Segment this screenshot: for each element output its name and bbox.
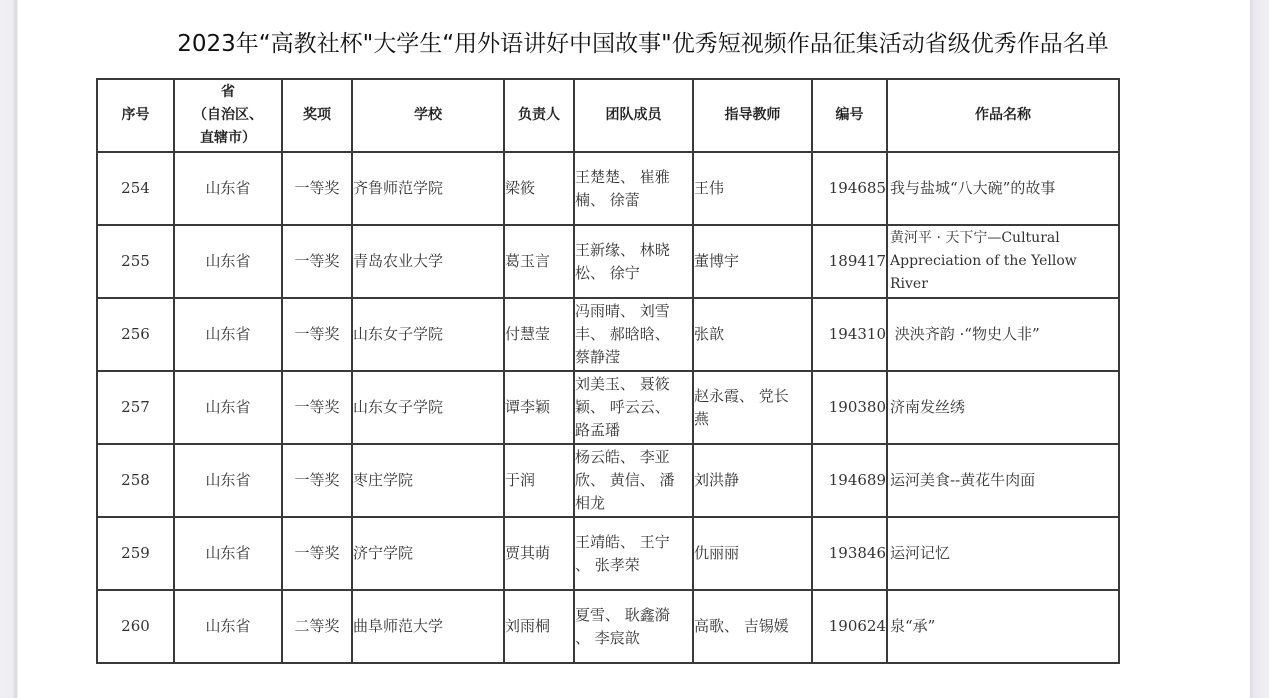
cell-award: 二等奖 bbox=[282, 590, 352, 663]
cell-province: 山东省 bbox=[174, 517, 282, 590]
cell-advisor: 王伟 bbox=[693, 152, 812, 225]
document-page: 2023年“高教社杯"大学生“用外语讲好中国故事"优秀短视频作品征集活动省级优秀… bbox=[18, 0, 1250, 698]
cell-province: 山东省 bbox=[174, 225, 282, 298]
table-row: 260 山东省 二等奖 曲阜师范大学 刘雨桐 夏雪、 耿鑫漪 、 李宸歆 高歌、… bbox=[97, 590, 1119, 663]
cell-leader: 刘雨桐 bbox=[504, 590, 574, 663]
header-leader: 负责人 bbox=[504, 79, 574, 152]
team-line: 刘美玉、 聂筱 bbox=[575, 373, 692, 396]
cell-province: 山东省 bbox=[174, 444, 282, 517]
cell-province: 山东省 bbox=[174, 152, 282, 225]
cell-team: 王靖皓、 王宁 、 张孝荣 bbox=[574, 517, 693, 590]
page-title: 2023年“高教社杯"大学生“用外语讲好中国故事"优秀短视频作品征集活动省级优秀… bbox=[113, 26, 1173, 62]
header-school: 学校 bbox=[352, 79, 504, 152]
team-line: 颖、 呼云云、 bbox=[575, 396, 692, 419]
header-province-line: （自治区、 bbox=[175, 104, 281, 127]
work-title: 黄河平 · 天下宁—Cultural Appreciation of the Y… bbox=[888, 227, 1118, 296]
cell-index: 257 bbox=[97, 371, 174, 444]
advisor-line: 张歆 bbox=[694, 323, 811, 346]
team-line: 欣、 黄信、 潘 bbox=[575, 469, 692, 492]
cell-award: 一等奖 bbox=[282, 517, 352, 590]
work-title: 运河美食--黄花牛肉面 bbox=[888, 469, 1118, 492]
cell-province: 山东省 bbox=[174, 590, 282, 663]
work-title: 泉“承” bbox=[888, 615, 1118, 638]
cell-school: 济宁学院 bbox=[352, 517, 504, 590]
table-row: 255 山东省 一等奖 青岛农业大学 葛玉言 王新缘、 林晓 松、 徐宁 董博宇… bbox=[97, 225, 1119, 298]
cell-leader: 葛玉言 bbox=[504, 225, 574, 298]
table-row: 259 山东省 一等奖 济宁学院 贾其萌 王靖皓、 王宁 、 张孝荣 仇丽丽 1… bbox=[97, 517, 1119, 590]
advisor-line: 王伟 bbox=[694, 177, 811, 200]
cell-advisor: 仇丽丽 bbox=[693, 517, 812, 590]
cell-leader: 付慧莹 bbox=[504, 298, 574, 371]
cell-code: 194310 bbox=[812, 298, 887, 371]
cell-advisor: 赵永霞、 党长 燕 bbox=[693, 371, 812, 444]
cell-work: 运河记忆 bbox=[887, 517, 1119, 590]
cell-school: 青岛农业大学 bbox=[352, 225, 504, 298]
cell-school: 曲阜师范大学 bbox=[352, 590, 504, 663]
cell-award: 一等奖 bbox=[282, 371, 352, 444]
viewer-left-margin bbox=[0, 0, 18, 698]
team-line: 路孟璠 bbox=[575, 419, 692, 442]
team-line: 王楚楚、 崔雅 bbox=[575, 166, 692, 189]
advisor-line: 仇丽丽 bbox=[694, 542, 811, 565]
cell-index: 259 bbox=[97, 517, 174, 590]
cell-award: 一等奖 bbox=[282, 152, 352, 225]
work-title: 济南发丝绣 bbox=[888, 396, 1118, 419]
header-province: 省 （自治区、 直辖市） bbox=[174, 79, 282, 152]
cell-work: 济南发丝绣 bbox=[887, 371, 1119, 444]
team-line: 王靖皓、 王宁 bbox=[575, 531, 692, 554]
team-line: 杨云皓、 李亚 bbox=[575, 446, 692, 469]
team-line: 王新缘、 林晓 bbox=[575, 239, 692, 262]
cell-code: 194689 bbox=[812, 444, 887, 517]
table-header-row: 序号 省 （自治区、 直辖市） 奖项 学校 负责人 团队成员 指导教师 编号 作… bbox=[97, 79, 1119, 152]
cell-work: 泉“承” bbox=[887, 590, 1119, 663]
viewer-right-margin bbox=[1250, 0, 1269, 698]
header-work: 作品名称 bbox=[887, 79, 1119, 152]
cell-work: 运河美食--黄花牛肉面 bbox=[887, 444, 1119, 517]
cell-school: 山东女子学院 bbox=[352, 298, 504, 371]
header-team: 团队成员 bbox=[574, 79, 693, 152]
cell-leader: 谭李颖 bbox=[504, 371, 574, 444]
cell-team: 夏雪、 耿鑫漪 、 李宸歆 bbox=[574, 590, 693, 663]
cell-leader: 于润 bbox=[504, 444, 574, 517]
cell-index: 260 bbox=[97, 590, 174, 663]
cell-award: 一等奖 bbox=[282, 298, 352, 371]
cell-school: 枣庄学院 bbox=[352, 444, 504, 517]
cell-team: 刘美玉、 聂筱 颖、 呼云云、 路孟璠 bbox=[574, 371, 693, 444]
team-line: 冯雨晴、 刘雪 bbox=[575, 300, 692, 323]
table-row: 254 山东省 一等奖 齐鲁师范学院 梁筱 王楚楚、 崔雅 楠、 徐蕾 王伟 1… bbox=[97, 152, 1119, 225]
cell-leader: 贾其萌 bbox=[504, 517, 574, 590]
cell-code: 190624 bbox=[812, 590, 887, 663]
award-list-table: 序号 省 （自治区、 直辖市） 奖项 学校 负责人 团队成员 指导教师 编号 作… bbox=[96, 78, 1120, 664]
cell-code: 193846 bbox=[812, 517, 887, 590]
cell-advisor: 刘洪静 bbox=[693, 444, 812, 517]
cell-school: 齐鲁师范学院 bbox=[352, 152, 504, 225]
cell-advisor: 张歆 bbox=[693, 298, 812, 371]
cell-code: 189417 bbox=[812, 225, 887, 298]
team-line: 松、 徐宁 bbox=[575, 262, 692, 285]
team-line: 相龙 bbox=[575, 492, 692, 515]
cell-advisor: 董博宇 bbox=[693, 225, 812, 298]
cell-code: 194685 bbox=[812, 152, 887, 225]
cell-work: 泱泱齐韵 ·“物史人非” bbox=[887, 298, 1119, 371]
cell-index: 254 bbox=[97, 152, 174, 225]
cell-team: 杨云皓、 李亚 欣、 黄信、 潘 相龙 bbox=[574, 444, 693, 517]
cell-team: 王楚楚、 崔雅 楠、 徐蕾 bbox=[574, 152, 693, 225]
cell-province: 山东省 bbox=[174, 298, 282, 371]
team-line: 丰、 郝晗晗、 bbox=[575, 323, 692, 346]
advisor-line: 燕 bbox=[694, 408, 811, 431]
header-award: 奖项 bbox=[282, 79, 352, 152]
cell-code: 190380 bbox=[812, 371, 887, 444]
advisor-line: 刘洪静 bbox=[694, 469, 811, 492]
cell-award: 一等奖 bbox=[282, 225, 352, 298]
table-row: 258 山东省 一等奖 枣庄学院 于润 杨云皓、 李亚 欣、 黄信、 潘 相龙 … bbox=[97, 444, 1119, 517]
cell-team: 冯雨晴、 刘雪 丰、 郝晗晗、 蔡静滢 bbox=[574, 298, 693, 371]
work-title: 我与盐城“八大碗”的故事 bbox=[888, 177, 1118, 200]
cell-index: 255 bbox=[97, 225, 174, 298]
cell-work: 黄河平 · 天下宁—Cultural Appreciation of the Y… bbox=[887, 225, 1119, 298]
cell-index: 256 bbox=[97, 298, 174, 371]
header-province-line: 省 bbox=[175, 81, 281, 104]
cell-team: 王新缘、 林晓 松、 徐宁 bbox=[574, 225, 693, 298]
cell-school: 山东女子学院 bbox=[352, 371, 504, 444]
advisor-line: 赵永霞、 党长 bbox=[694, 385, 811, 408]
cell-leader: 梁筱 bbox=[504, 152, 574, 225]
header-code: 编号 bbox=[812, 79, 887, 152]
work-title: 运河记忆 bbox=[888, 542, 1118, 565]
cell-work: 我与盐城“八大碗”的故事 bbox=[887, 152, 1119, 225]
cell-award: 一等奖 bbox=[282, 444, 352, 517]
cell-advisor: 高歌、 吉锡媛 bbox=[693, 590, 812, 663]
advisor-line: 董博宇 bbox=[694, 250, 811, 273]
header-advisor: 指导教师 bbox=[693, 79, 812, 152]
cell-index: 258 bbox=[97, 444, 174, 517]
table-row: 257 山东省 一等奖 山东女子学院 谭李颖 刘美玉、 聂筱 颖、 呼云云、 路… bbox=[97, 371, 1119, 444]
advisor-line: 高歌、 吉锡媛 bbox=[694, 615, 811, 638]
cell-province: 山东省 bbox=[174, 371, 282, 444]
team-line: 、 李宸歆 bbox=[575, 627, 692, 650]
team-line: 、 张孝荣 bbox=[575, 554, 692, 577]
table-row: 256 山东省 一等奖 山东女子学院 付慧莹 冯雨晴、 刘雪 丰、 郝晗晗、 蔡… bbox=[97, 298, 1119, 371]
team-line: 夏雪、 耿鑫漪 bbox=[575, 604, 692, 627]
header-province-line: 直辖市） bbox=[175, 127, 281, 150]
header-index: 序号 bbox=[97, 79, 174, 152]
team-line: 蔡静滢 bbox=[575, 346, 692, 369]
work-title: 泱泱齐韵 ·“物史人非” bbox=[888, 323, 1118, 346]
team-line: 楠、 徐蕾 bbox=[575, 189, 692, 212]
